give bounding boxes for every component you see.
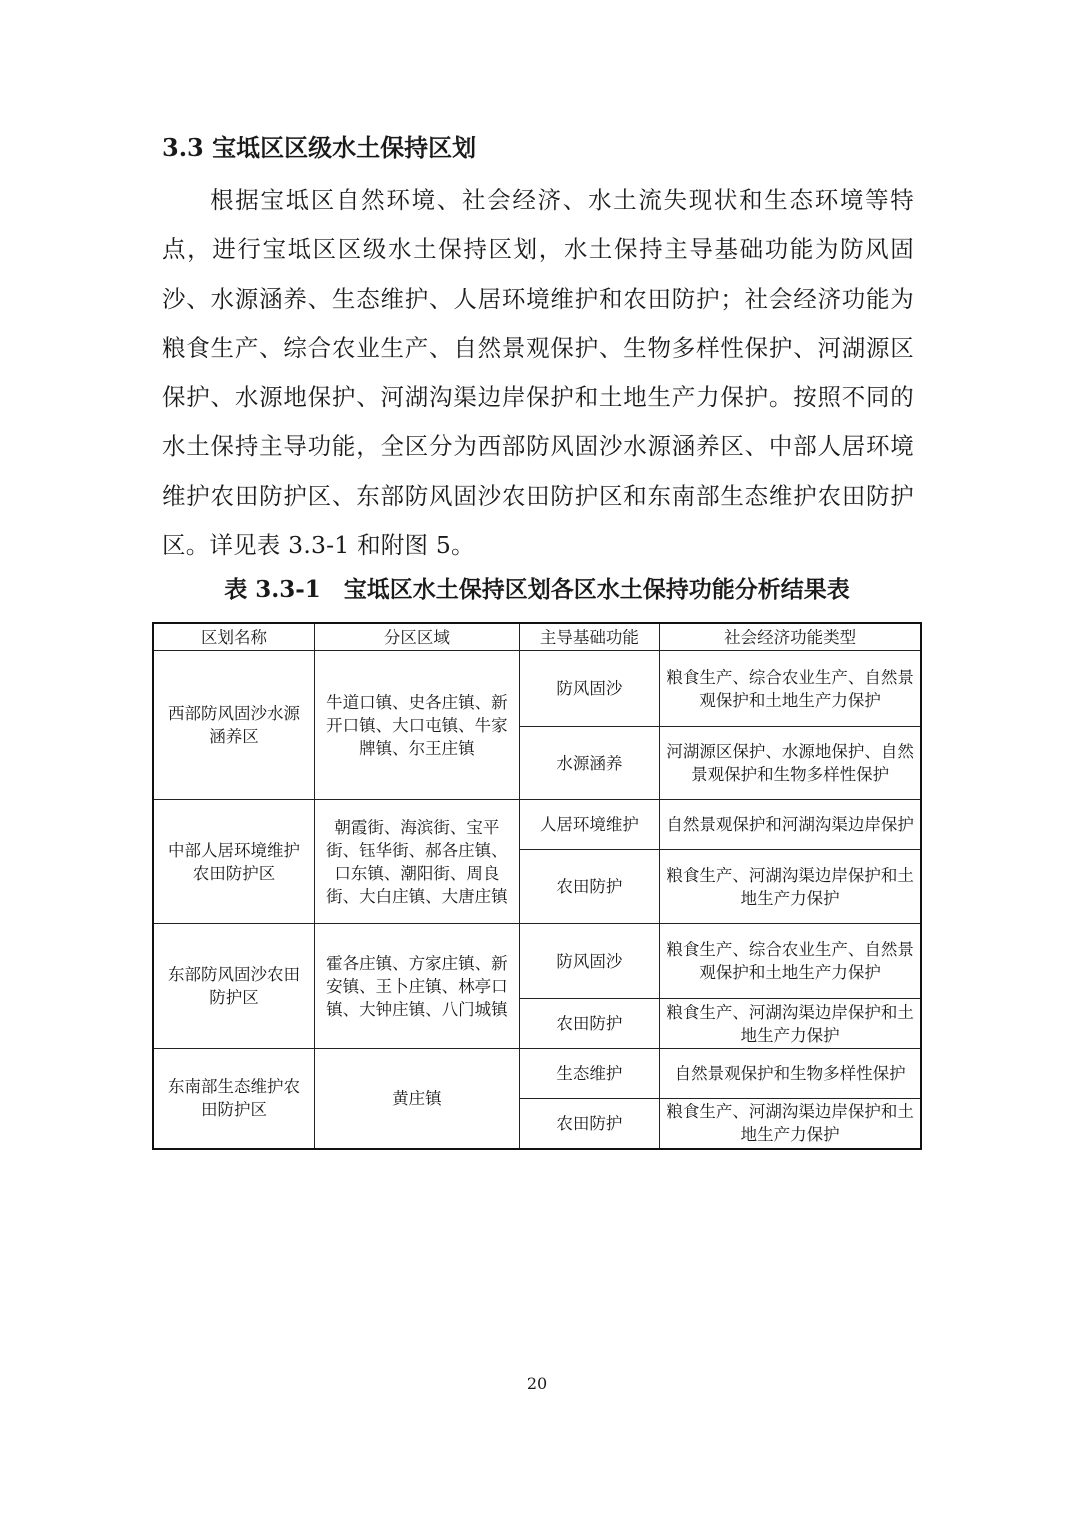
header-primary-function: 主导基础功能 [519, 623, 660, 651]
zone-name: 西部防风固沙水源涵养区 [153, 651, 315, 800]
primary-function: 水源涵养 [519, 727, 660, 800]
socio-function: 河湖源区保护、水源地保护、自然景观保护和生物多样性保护 [660, 727, 921, 800]
primary-function: 人居环境维护 [519, 800, 660, 850]
table-row: 东南部生态维护农田防护区 黄庄镇 生态维护 自然景观保护和生物多样性保护 [153, 1049, 921, 1099]
table-row: 中部人居环境维护农田防护区 朝霞街、海滨街、宝平街、钰华街、郝各庄镇、口东镇、潮… [153, 800, 921, 850]
table-row: 东部防风固沙农田防护区 霍各庄镇、方家庄镇、新安镇、王卜庄镇、林亭口镇、大钟庄镇… [153, 924, 921, 999]
primary-function: 生态维护 [519, 1049, 660, 1099]
primary-function: 防风固沙 [519, 651, 660, 727]
section-heading: 3.3 宝坻区区级水土保持区划 [162, 131, 476, 165]
socio-function: 粮食生产、河湖沟渠边岸保护和土地生产力保护 [660, 999, 921, 1049]
primary-function: 防风固沙 [519, 924, 660, 999]
zone-name: 中部人居环境维护农田防护区 [153, 800, 315, 924]
table-caption: 表 3.3-1 宝坻区水土保持区划各区水土保持功能分析结果表 [152, 573, 922, 607]
table-header-row: 区划名称 分区区域 主导基础功能 社会经济功能类型 [153, 623, 921, 651]
socio-function: 粮食生产、综合农业生产、自然景观保护和土地生产力保护 [660, 651, 921, 727]
body-paragraph: 根据宝坻区自然环境、社会经济、水土流失现状和生态环境等特点，进行宝坻区区级水土保… [162, 176, 914, 570]
header-zone-name: 区划名称 [153, 623, 315, 651]
page-number: 20 [0, 1374, 1074, 1393]
primary-function: 农田防护 [519, 850, 660, 924]
header-zone-area: 分区区域 [315, 623, 519, 651]
primary-function: 农田防护 [519, 1099, 660, 1149]
zone-area: 霍各庄镇、方家庄镇、新安镇、王卜庄镇、林亭口镇、大钟庄镇、八门城镇 [315, 924, 519, 1049]
primary-function: 农田防护 [519, 999, 660, 1049]
table-row: 西部防风固沙水源涵养区 牛道口镇、史各庄镇、新开口镇、大口屯镇、牛家牌镇、尔王庄… [153, 651, 921, 727]
socio-function: 自然景观保护和河湖沟渠边岸保护 [660, 800, 921, 850]
zone-area: 牛道口镇、史各庄镇、新开口镇、大口屯镇、牛家牌镇、尔王庄镇 [315, 651, 519, 800]
zone-name: 东南部生态维护农田防护区 [153, 1049, 315, 1149]
zone-area: 朝霞街、海滨街、宝平街、钰华街、郝各庄镇、口东镇、潮阳街、周良街、大白庄镇、大唐… [315, 800, 519, 924]
zone-area: 黄庄镇 [315, 1049, 519, 1149]
socio-function: 粮食生产、综合农业生产、自然景观保护和土地生产力保护 [660, 924, 921, 999]
zone-name: 东部防风固沙农田防护区 [153, 924, 315, 1049]
header-socio-function: 社会经济功能类型 [660, 623, 921, 651]
socio-function: 粮食生产、河湖沟渠边岸保护和土地生产力保护 [660, 850, 921, 924]
zoning-table: 区划名称 分区区域 主导基础功能 社会经济功能类型 西部防风固沙水源涵养区 牛道… [152, 622, 922, 1150]
socio-function: 自然景观保护和生物多样性保护 [660, 1049, 921, 1099]
socio-function: 粮食生产、河湖沟渠边岸保护和土地生产力保护 [660, 1099, 921, 1149]
